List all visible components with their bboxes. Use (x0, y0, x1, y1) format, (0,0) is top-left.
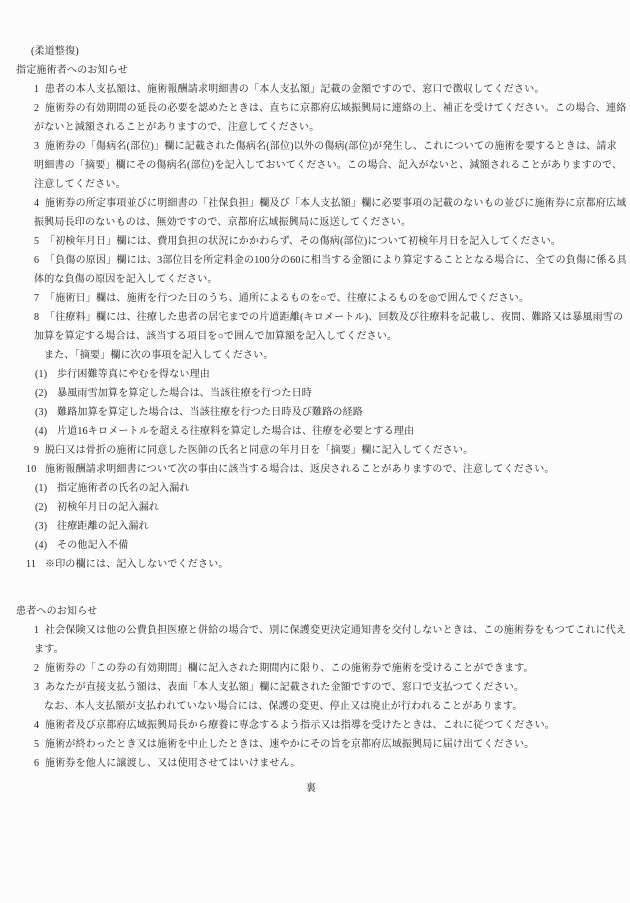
list-item: 7「施術日」欄は、施術を行つた日のうち、通所によるものを○で、往療によるものを◎… (34, 289, 622, 308)
sub-item-number: (2) (35, 498, 47, 517)
item-text: 患者の本人支払額は、施術報酬請求明細書の「本人支払額」記載の金額ですので、窓口で… (34, 80, 622, 99)
item-number: 4 (34, 194, 39, 213)
sub-item: (4)片道16キロメートルを超える往療料を算定した場合は、往療を必要とする理由 (57, 422, 622, 441)
list-item: 2施術券の「この券の有効期間」欄に記入された期間内に限り、この施術券で施術を受け… (34, 659, 622, 678)
sub-item-text: 歩行困難等真にやむを得ない理由 (57, 365, 622, 384)
item-text: 社会保険又は他の公費負担医療と併給の場合で、別に保護変更決定通知書を交付しないと… (34, 621, 622, 659)
list-item: 11※印の欄には、記入しないでください。 (34, 555, 622, 574)
item-text: 施術券の「この券の有効期間」欄に記入された期間内に限り、この施術券で施術を受ける… (34, 659, 622, 678)
list-item: 6施術券を他人に譲渡し、又は使用させてはいけません。 (34, 754, 622, 773)
item-text: 「往療料」欄には、往療した患者の居宅までの片道距離(キロメートル)、回数及び往療… (34, 308, 622, 346)
item-text: 施術券を他人に譲渡し、又は使用させてはいけません。 (34, 754, 622, 773)
sub-item-number: (3) (35, 517, 47, 536)
item-text: 施術者及び京都府広域振興局長から療養に専念するよう指示又は指導を受けたときは、こ… (34, 716, 622, 735)
item-number: 4 (34, 716, 39, 735)
sub-item-text: 片道16キロメートルを超える往療料を算定した場合は、往療を必要とする理由 (57, 422, 622, 441)
item-number: 1 (34, 621, 39, 640)
document-page: (柔道整復) 指定施術者へのお知らせ1患者の本人支払額は、施術報酬請求明細書の「… (0, 0, 630, 798)
item-text: あなたが直接支払う額は、表面「本人支払額」欄に記載された金額ですので、窓口で支払… (34, 678, 622, 697)
sub-item-number: (3) (35, 403, 47, 422)
item-number: 9 (34, 441, 39, 460)
sub-item-number: (4) (35, 536, 47, 555)
item-number: 7 (34, 289, 39, 308)
sub-item: (3)難路加算を算定した場合は、当該往療を行つた日時及び難路の経路 (57, 403, 622, 422)
item-text: 施術報酬請求明細書について次の事由に該当する場合は、返戻されることがありますので… (34, 460, 622, 479)
item-number: 3 (34, 678, 39, 697)
sections-container: 指定施術者へのお知らせ1患者の本人支払額は、施術報酬請求明細書の「本人支払額」記… (0, 61, 622, 773)
item-text: 施術券の所定事項並びに明細書の「社保負担」欄及び「本人支払額」欄に必要事項の記載… (34, 194, 622, 232)
item-number: 6 (34, 251, 39, 270)
item-text: 施術が終わったとき又は施術を中止したときは、速やかにその旨を京都府広域振興局に届… (34, 735, 622, 754)
item-text: 「負傷の原因」欄には、3部位目を所定料金の100分の60に相当する金額により算定… (34, 251, 622, 289)
item-number: 5 (34, 232, 39, 251)
sub-item-number: (2) (35, 384, 47, 403)
list-item: 3あなたが直接支払う額は、表面「本人支払額」欄に記載された金額ですので、窓口で支… (34, 678, 622, 716)
item-note: なお、本人支払額が支払われていない場合には、保護の変更、停止又は廃止が行われるこ… (44, 697, 622, 716)
item-text: ※印の欄には、記入しないでください。 (34, 555, 622, 574)
list-item: 5施術が終わったとき又は施術を中止したときは、速やかにその旨を京都府広域振興局に… (34, 735, 622, 754)
item-text: 施術券の「傷病名(部位)」欄に記載された傷病名(部位)以外の傷病(部位)が発生し… (34, 137, 622, 194)
list-item: 9脱臼又は骨折の施術に同意した医師の氏名と同意の年月日を「摘要」欄に記入してくだ… (34, 441, 622, 460)
sub-item-number: (4) (35, 422, 47, 441)
item-text: 脱臼又は骨折の施術に同意した医師の氏名と同意の年月日を「摘要」欄に記入してくださ… (34, 441, 622, 460)
sub-item-number: (1) (35, 365, 47, 384)
sub-item-text: 難路加算を算定した場合は、当該往療を行つた日時及び難路の経路 (57, 403, 622, 422)
item-number: 5 (34, 735, 39, 754)
sub-item-text: 往療距離の記入漏れ (57, 517, 622, 536)
list-item: 4施術券の所定事項並びに明細書の「社保負担」欄及び「本人支払額」欄に必要事項の記… (34, 194, 622, 232)
item-number: 11 (26, 555, 36, 574)
sub-item-text: 初検年月日の記入漏れ (57, 498, 622, 517)
sub-item-text: 暴風雨雪加算を算定した場合は、当該往療を行つた日時 (57, 384, 622, 403)
item-number: 2 (34, 659, 39, 678)
sub-item-text: その他記入不備 (57, 536, 622, 555)
list-item: 2施術券の有効期間の延長の必要を認めたときは、直ちに京都府広域振興局に連絡の上、… (34, 99, 622, 137)
section-heading: 患者へのお知らせ (16, 602, 622, 621)
document-type-label: (柔道整復) (31, 42, 622, 61)
item-number: 3 (34, 137, 39, 156)
item-number: 8 (34, 308, 39, 327)
item-number: 2 (34, 99, 39, 118)
sub-item: (4)その他記入不備 (57, 536, 622, 555)
list-item: 10施術報酬請求明細書について次の事由に該当する場合は、返戻されることがあります… (34, 460, 622, 555)
list-item: 1患者の本人支払額は、施術報酬請求明細書の「本人支払額」記載の金額ですので、窓口… (34, 80, 622, 99)
item-number: 6 (34, 754, 39, 773)
list-item: 1社会保険又は他の公費負担医療と併給の場合で、別に保護変更決定通知書を交付しない… (34, 621, 622, 659)
sub-item: (1)歩行困難等真にやむを得ない理由 (57, 365, 622, 384)
item-text: 「施術日」欄は、施術を行つた日のうち、通所によるものを○で、往療によるものを◎で… (34, 289, 622, 308)
item-number: 1 (34, 80, 39, 99)
section-heading: 指定施術者へのお知らせ (16, 61, 622, 80)
list-item: 3施術券の「傷病名(部位)」欄に記載された傷病名(部位)以外の傷病(部位)が発生… (34, 137, 622, 194)
sub-item: (2)初検年月日の記入漏れ (57, 498, 622, 517)
item-text: 「初検年月日」欄には、費用負担の状況にかかわらず、その傷病(部位)について初検年… (34, 232, 622, 251)
section-0: 指定施術者へのお知らせ1患者の本人支払額は、施術報酬請求明細書の「本人支払額」記… (0, 61, 622, 574)
list-item: 8「往療料」欄には、往療した患者の居宅までの片道距離(キロメートル)、回数及び往… (34, 308, 622, 441)
sub-item: (1)指定施術者の氏名の記入漏れ (57, 479, 622, 498)
list-item: 4施術者及び京都府広域振興局長から療養に専念するよう指示又は指導を受けたときは、… (34, 716, 622, 735)
item-text: 施術券の有効期間の延長の必要を認めたときは、直ちに京都府広域振興局に連絡の上、補… (34, 99, 622, 137)
item-number: 10 (26, 460, 36, 479)
list-item: 5「初検年月日」欄には、費用負担の状況にかかわらず、その傷病(部位)について初検… (34, 232, 622, 251)
page-side-label: 裏 (0, 779, 622, 798)
section-1: 患者へのお知らせ1社会保険又は他の公費負担医療と併給の場合で、別に保護変更決定通… (0, 602, 622, 773)
sub-item: (2)暴風雨雪加算を算定した場合は、当該往療を行つた日時 (57, 384, 622, 403)
sub-item-text: 指定施術者の氏名の記入漏れ (57, 479, 622, 498)
item-note: また、「摘要」欄に次の事項を記入してください。 (44, 346, 622, 365)
list-item: 6「負傷の原因」欄には、3部位目を所定料金の100分の60に相当する金額により算… (34, 251, 622, 289)
sub-item: (3)往療距離の記入漏れ (57, 517, 622, 536)
sub-item-number: (1) (35, 479, 47, 498)
